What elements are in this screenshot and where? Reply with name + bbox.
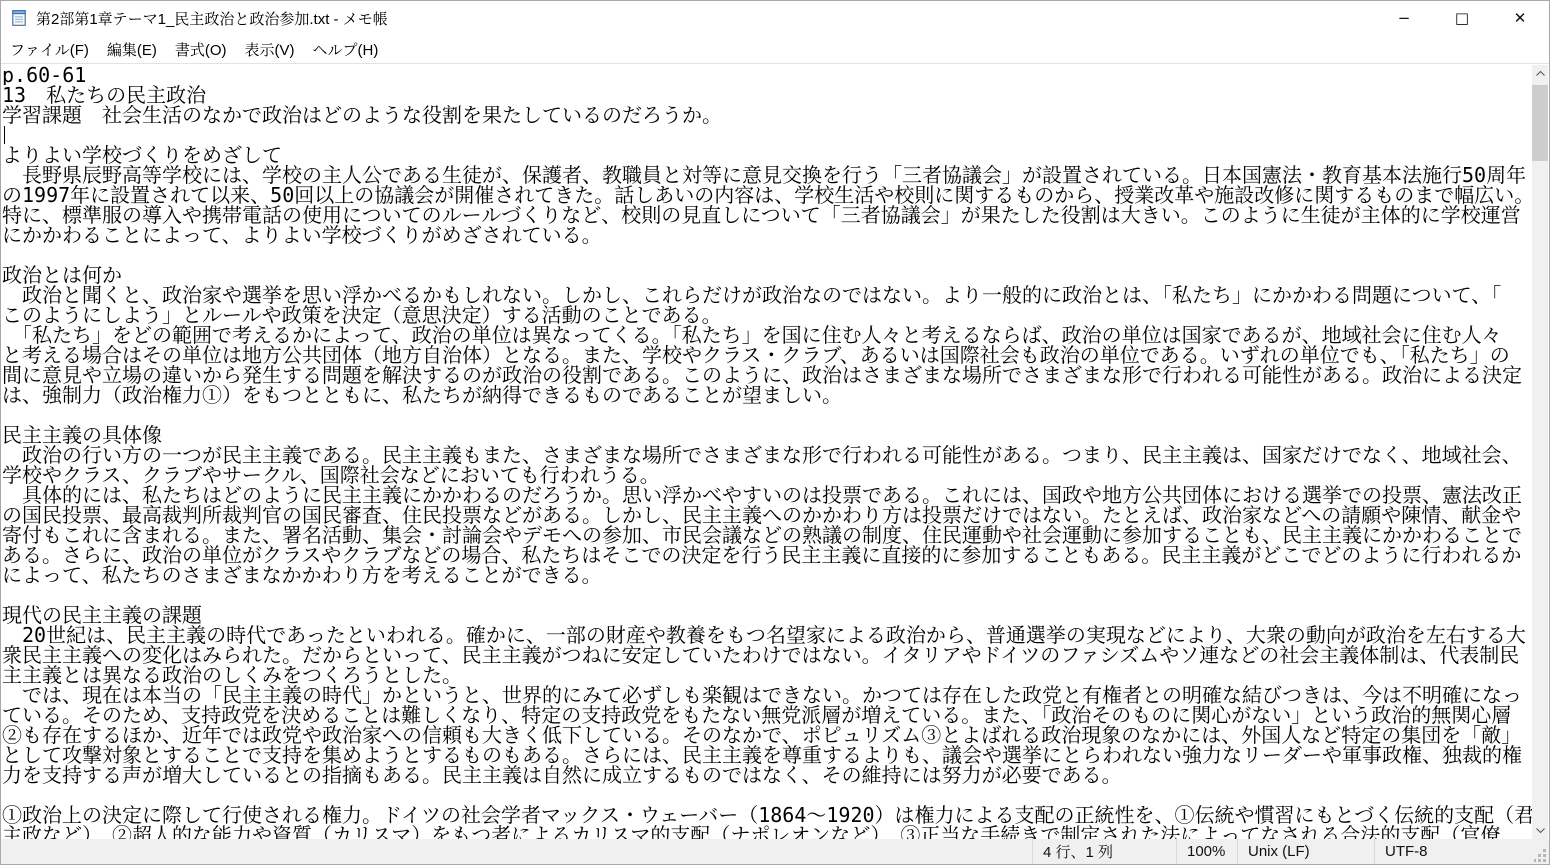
- text-line: 「私たち」をどの範囲で考えるかによって、政治の単位は異なってくる。「私たち」を国…: [2, 325, 1532, 345]
- text-line: ②も存在するほか、近年では政党や政治家への信頼も大きく低下している。そのなかで、…: [2, 725, 1532, 745]
- text-line: 政治と聞くと、政治家や選挙を思い浮かべるかもしれない。しかし、これらだけが政治な…: [2, 285, 1532, 305]
- text-cursor: [4, 126, 5, 144]
- scrollbar-thumb[interactable]: [1532, 85, 1548, 161]
- text-line: 20世紀は、民主主義の時代であったといわれる。確かに、一部の財産や教養をもつ名望…: [2, 625, 1532, 645]
- text-line: 民主主義の具体像: [2, 425, 1532, 445]
- text-line: 13 私たちの民主政治: [2, 85, 1532, 105]
- text-line: [2, 405, 1532, 425]
- status-bar: 4 行、1 列 100% Unix (LF) UTF-8: [1, 839, 1549, 864]
- text-line: [2, 585, 1532, 605]
- vertical-scrollbar[interactable]: [1532, 65, 1548, 839]
- menu-edit[interactable]: 編集(E): [98, 35, 166, 63]
- chevron-down-icon: [1536, 828, 1545, 833]
- text-line: p.60-61: [2, 65, 1532, 85]
- menu-file[interactable]: ファイル(F): [1, 35, 98, 63]
- status-spacer: [1, 839, 1032, 864]
- text-line: このようにしよう」とルールや政策を決定（意思決定）する活動のことである。: [2, 305, 1532, 325]
- menu-view[interactable]: 表示(V): [236, 35, 304, 63]
- text-line: 具体的には、私たちはどのように民主主義にかかわるのだろうか。思い浮かべやすいのは…: [2, 485, 1532, 505]
- text-line: 間に意見や立場の違いから発生する問題を解決するのが政治の役割である。このように、…: [2, 365, 1532, 385]
- text-line: 学習課題 社会生活のなかで政治はどのような役割を果たしているのだろうか。: [2, 105, 1532, 125]
- text-line: として攻撃対象とすることで支持を集めようとするものもある。さらには、民主主義を尊…: [2, 745, 1532, 765]
- text-line: 衆民主主義への変化はみられた。だからといって、民主主義がつねに安定していたわけで…: [2, 645, 1532, 665]
- menu-format[interactable]: 書式(O): [166, 35, 236, 63]
- text-line: ①政治上の決定に際して行使される権力。ドイツの社会学者マックス・ウェーバー（18…: [2, 805, 1532, 825]
- text-line: では、現在は本当の「民主主義の時代」かというと、世界的にみて必ずしも楽観はできな…: [2, 685, 1532, 705]
- notepad-window: 第2部第1章テーマ1_民主政治と政治参加.txt - メモ帳 − □ ✕ ファイ…: [0, 0, 1550, 865]
- menu-bar: ファイル(F) 編集(E) 書式(O) 表示(V) ヘルプ(H): [1, 35, 1549, 64]
- text-line: にかかわることによって、よりよい学校づくりがめざされている。: [2, 225, 1532, 245]
- text-line: よりよい学校づくりをめざして: [2, 145, 1532, 165]
- scroll-up-button[interactable]: [1532, 65, 1548, 82]
- status-zoom-level: 100%: [1176, 839, 1237, 864]
- text-line: 主政など）、②超人的な能力や資質（カリスマ）をもつ者によるカリスマ的支配（ナポレ…: [2, 825, 1532, 839]
- text-line: 長野県辰野高等学校には、学校の主人公である生徒が、保護者、教職員と対等に意見交換…: [2, 165, 1532, 185]
- chevron-up-icon: [1536, 71, 1545, 76]
- text-line: 特に、標準服の導入や携帯電話の使用についてのルールづくりなど、校則の見直しについ…: [2, 205, 1532, 225]
- resize-grip[interactable]: [1534, 849, 1547, 862]
- text-line: 政治の行い方の一つが民主主義である。民主主義もまた、さまざまな場所でさまざまな形…: [2, 445, 1532, 465]
- text-line: の1997年に設置されて以来、50回以上の協議会が開催されてきた。話しあいの内容…: [2, 185, 1532, 205]
- status-cursor-position: 4 行、1 列: [1032, 839, 1176, 864]
- text-line: は、強制力（政治権力①）をもつとともに、私たちが納得できるものであることが望まし…: [2, 385, 1532, 405]
- text-line: [2, 245, 1532, 265]
- text-line: 力を支持する声が増大しているとの指摘もある。民主主義は自然に成立するものではなく…: [2, 765, 1532, 785]
- window-controls: − □ ✕: [1375, 1, 1549, 35]
- text-line: と考える場合はその単位は地方公共団体（地方自治体）となる。また、学校やクラス・ク…: [2, 345, 1532, 365]
- text-line: [2, 785, 1532, 805]
- notepad-icon: [10, 9, 28, 27]
- text-line: ている。そのため、支持政党を決めることは難しくなり、特定の支持政党をもたない無党…: [2, 705, 1532, 725]
- status-line-ending: Unix (LF): [1237, 839, 1374, 864]
- menu-help[interactable]: ヘルプ(H): [304, 35, 388, 63]
- text-line: によって、私たちのさまざまなかかわり方を考えることができる。: [2, 565, 1532, 585]
- close-button[interactable]: ✕: [1491, 1, 1549, 35]
- scroll-down-button[interactable]: [1532, 822, 1548, 839]
- maximize-button[interactable]: □: [1433, 1, 1491, 35]
- text-line: の国民投票、最高裁判所裁判官の国民審査、住民投票などがある。しかし、民主主義への…: [2, 505, 1532, 525]
- text-line: 学校やクラス、クラブやサークル、国際社会などにおいても行われうる。: [2, 465, 1532, 485]
- window-title: 第2部第1章テーマ1_民主政治と政治参加.txt - メモ帳: [36, 8, 388, 29]
- text-line: 寄付もこれに含まれる。また、署名活動、集会・討論会やデモへの参加、市民会議などの…: [2, 525, 1532, 545]
- text-area[interactable]: p.60-61 13 私たちの民主政治 学習課題 社会生活のなかで政治はどのよう…: [2, 65, 1532, 839]
- text-line: 政治とは何か: [2, 265, 1532, 285]
- text-line: 主主義とは異なる政治のしくみをつくろうとした。: [2, 665, 1532, 685]
- text-line: [2, 125, 1532, 145]
- status-encoding: UTF-8: [1374, 839, 1549, 864]
- title-bar: 第2部第1章テーマ1_民主政治と政治参加.txt - メモ帳 − □ ✕: [1, 1, 1549, 35]
- text-line: 現代の民主主義の課題: [2, 605, 1532, 625]
- text-line: ある。さらに、政治の単位がクラスやクラブなどの場合、私たちはそこでの決定を行う民…: [2, 545, 1532, 565]
- minimize-button[interactable]: −: [1375, 1, 1433, 35]
